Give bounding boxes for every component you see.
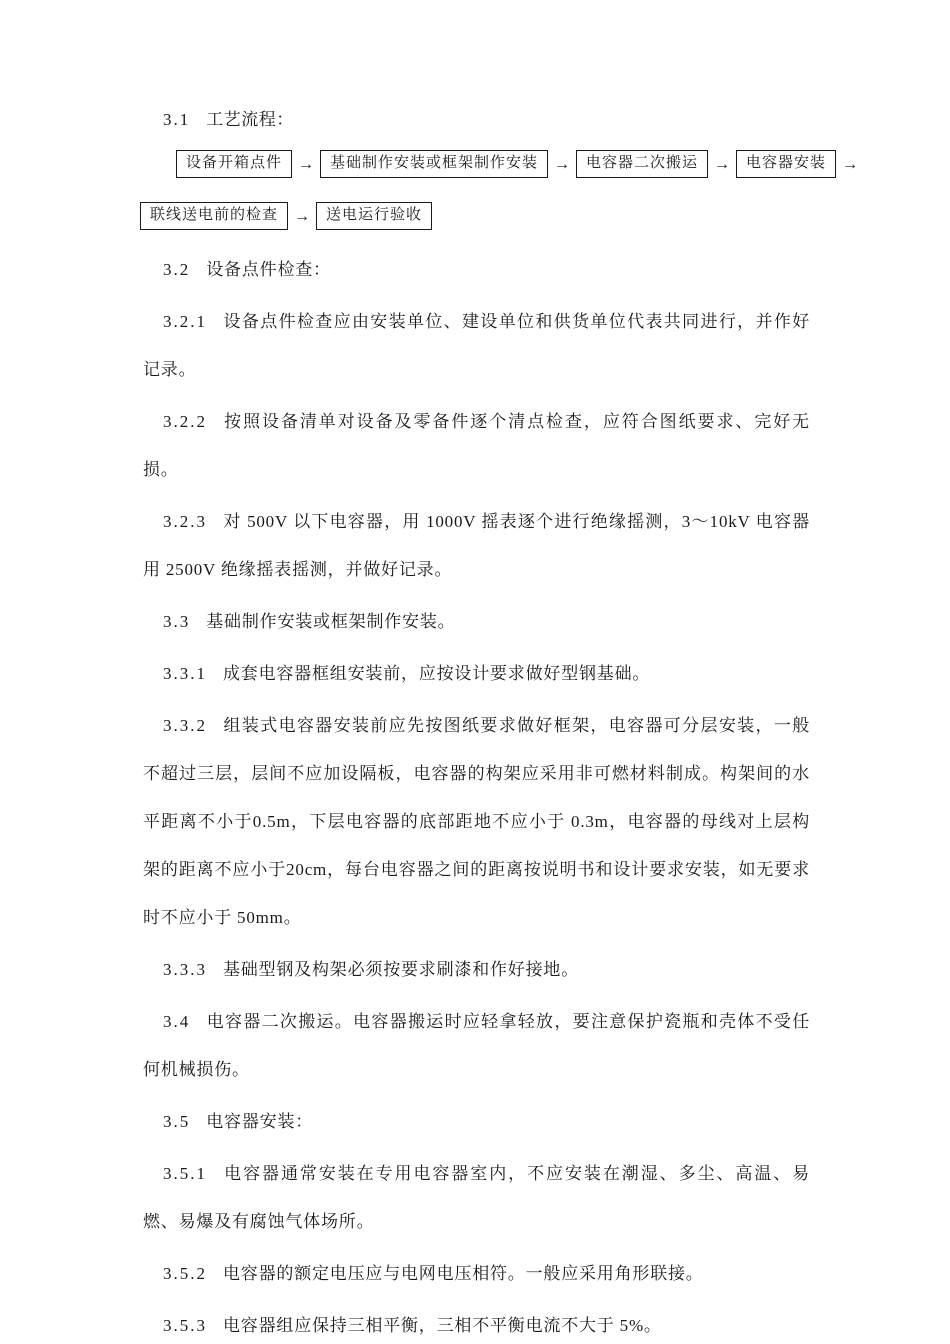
paragraph-3-3-1: 3.3.1成套电容器框组安装前，应按设计要求做好型钢基础。 <box>143 650 810 698</box>
paragraph-3-3: 3.3基础制作安装或框架制作安装。 <box>143 598 810 646</box>
clause-text: 组装式电容器安装前应先按图纸要求做好框架，电容器可分层安装，一般不超过三层，层间… <box>143 716 810 927</box>
section-title: 工艺流程： <box>206 110 294 129</box>
clause-number: 3.5.1 <box>163 1164 207 1183</box>
flowchart-row-1: 设备开箱点件 → 基础制作安装或框架制作安装 → 电容器二次搬运 → 电容器安装… <box>176 150 810 178</box>
clause-text: 电容器组应保持三相平衡，三相不平衡电流不大于 5%。 <box>223 1316 662 1335</box>
clause-number: 3.2.2 <box>163 412 207 431</box>
paragraph-3-5-2: 3.5.2电容器的额定电压应与电网电压相符。一般应采用角形联接。 <box>143 1250 810 1298</box>
clause-number: 3.5.2 <box>163 1264 207 1283</box>
paragraph-3-2: 3.2设备点件检查： <box>143 246 810 294</box>
paragraph-3-4: 3.4电容器二次搬运。电容器搬运时应轻拿轻放，要注意保护瓷瓶和壳体不受任何机械损… <box>143 998 810 1094</box>
clause-text: 电容器通常安装在专用电容器室内，不应安装在潮湿、多尘、高温、易燃、易爆及有腐蚀气… <box>143 1164 810 1231</box>
arrow-right-icon: → <box>298 153 314 176</box>
clause-text: 设备点件检查： <box>206 260 331 279</box>
clause-text: 电容器的额定电压应与电网电压相符。一般应采用角形联接。 <box>223 1264 704 1283</box>
section-heading-3-1: 3.1工艺流程： <box>143 96 810 144</box>
paragraph-3-5: 3.5电容器安装： <box>143 1098 810 1146</box>
paragraph-3-3-2: 3.3.2组装式电容器安装前应先按图纸要求做好框架，电容器可分层安装，一般不超过… <box>143 702 810 942</box>
flow-step-energize-acceptance: 送电运行验收 <box>316 202 432 230</box>
flow-step-pre-energize-check: 联线送电前的检查 <box>140 202 288 230</box>
clause-text: 电容器二次搬运。电容器搬运时应轻拿轻放，要注意保护瓷瓶和壳体不受任何机械损伤。 <box>143 1012 810 1079</box>
process-flowchart: 设备开箱点件 → 基础制作安装或框架制作安装 → 电容器二次搬运 → 电容器安装… <box>143 150 810 230</box>
clause-number: 3.3.2 <box>163 716 207 735</box>
flow-step-equipment-unpacking: 设备开箱点件 <box>176 150 292 178</box>
clause-number: 3.5 <box>163 1112 190 1131</box>
clause-number: 3.3.1 <box>163 664 207 683</box>
clause-number: 3.2.1 <box>163 312 207 331</box>
clause-number: 3.3.3 <box>163 960 207 979</box>
section-number: 3.1 <box>163 110 190 129</box>
paragraph-3-5-3: 3.5.3电容器组应保持三相平衡，三相不平衡电流不大于 5%。 <box>143 1302 810 1344</box>
clause-number: 3.3 <box>163 612 190 631</box>
clause-text: 电容器安装： <box>206 1112 313 1131</box>
clause-number: 3.4 <box>163 1012 190 1031</box>
arrow-right-icon: → <box>554 153 570 176</box>
flowchart-row-2: 联线送电前的检查 → 送电运行验收 <box>140 202 810 230</box>
paragraph-3-2-3: 3.2.3对 500V 以下电容器，用 1000V 摇表逐个进行绝缘摇测，3～1… <box>143 498 810 594</box>
clause-text: 基础型钢及构架必须按要求刷漆和作好接地。 <box>223 960 579 979</box>
clause-text: 基础制作安装或框架制作安装。 <box>206 612 455 631</box>
paragraph-3-3-3: 3.3.3基础型钢及构架必须按要求刷漆和作好接地。 <box>143 946 810 994</box>
arrow-right-icon: → <box>714 153 730 176</box>
document-page: 3.1工艺流程： 设备开箱点件 → 基础制作安装或框架制作安装 → 电容器二次搬… <box>0 0 950 1344</box>
clause-number: 3.2.3 <box>163 512 207 531</box>
clause-text: 按照设备清单对设备及零备件逐个清点检查，应符合图纸要求、完好无损。 <box>143 412 810 479</box>
clause-text: 对 500V 以下电容器，用 1000V 摇表逐个进行绝缘摇测，3～10kV 电… <box>143 512 810 579</box>
paragraph-3-5-1: 3.5.1电容器通常安装在专用电容器室内，不应安装在潮湿、多尘、高温、易燃、易爆… <box>143 1150 810 1246</box>
arrow-right-icon: → <box>294 205 310 228</box>
flow-step-capacitor-install: 电容器安装 <box>736 150 836 178</box>
clause-number: 3.2 <box>163 260 190 279</box>
clause-text: 设备点件检查应由安装单位、建设单位和供货单位代表共同进行，并作好记录。 <box>143 312 810 379</box>
clause-text: 成套电容器框组安装前，应按设计要求做好型钢基础。 <box>223 664 650 683</box>
flow-step-secondary-transport: 电容器二次搬运 <box>576 150 708 178</box>
paragraph-3-2-1: 3.2.1设备点件检查应由安装单位、建设单位和供货单位代表共同进行，并作好记录。 <box>143 298 810 394</box>
arrow-right-icon: → <box>842 153 858 176</box>
clause-number: 3.5.3 <box>163 1316 207 1335</box>
paragraph-3-2-2: 3.2.2按照设备清单对设备及零备件逐个清点检查，应符合图纸要求、完好无损。 <box>143 398 810 494</box>
flow-step-foundation-or-frame: 基础制作安装或框架制作安装 <box>320 150 548 178</box>
